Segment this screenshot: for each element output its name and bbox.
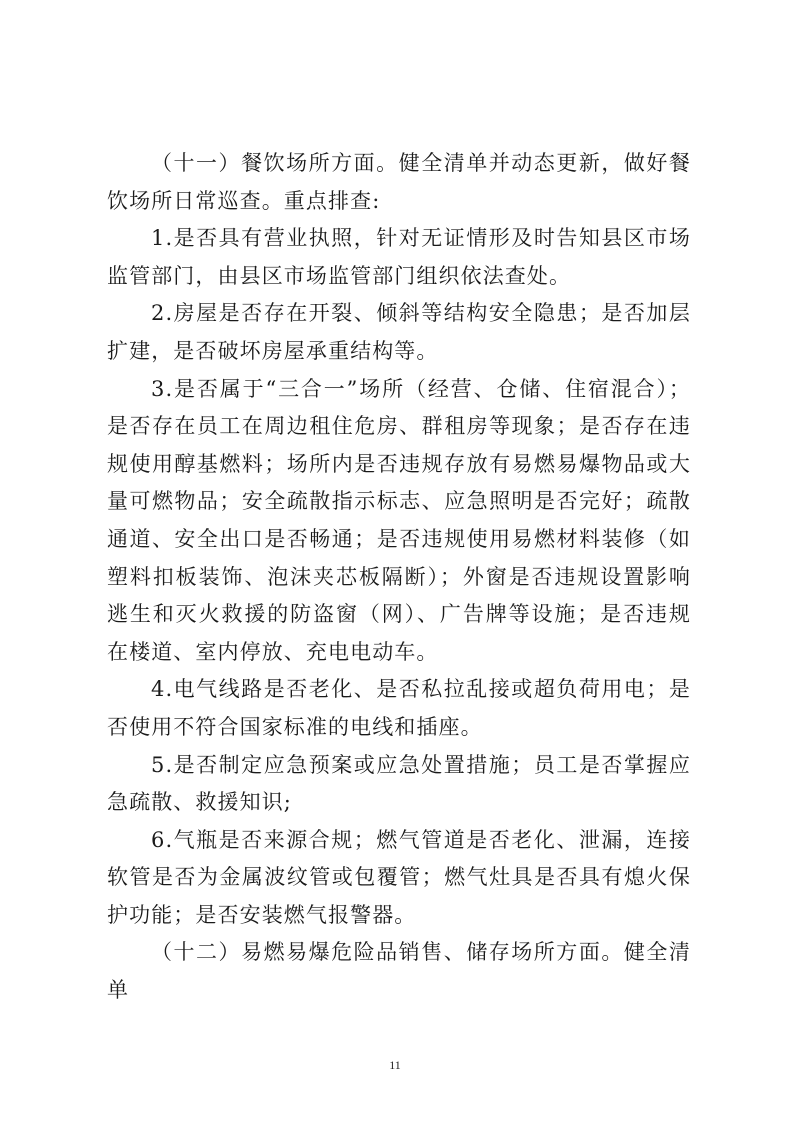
list-item-3: 3.是否属于“三合一”场所（经营、仓储、住宿混合）；是否存在员工在周边租住危房、… <box>107 371 691 672</box>
document-body: （十一）餐饮场所方面。健全清单并动态更新，做好餐饮场所日常巡查。重点排查: 1.… <box>107 145 691 1010</box>
list-item-6: 6.气瓶是否来源合规；燃气管道是否老化、泄漏，连接软管是否为金属波纹管或包覆管；… <box>107 822 691 935</box>
section-heading-11: （十一）餐饮场所方面。健全清单并动态更新，做好餐饮场所日常巡查。重点排查: <box>107 145 691 220</box>
section-heading-12: （十二）易燃易爆危险品销售、储存场所方面。健全清单 <box>107 934 691 1009</box>
list-item-2: 2.房屋是否存在开裂、倾斜等结构安全隐患；是否加层扩建，是否破坏房屋承重结构等。 <box>107 295 691 370</box>
list-item-1: 1.是否具有营业执照，针对无证情形及时告知县区市场监管部门，由县区市场监管部门组… <box>107 220 691 295</box>
list-item-5: 5.是否制定应急预案或应急处置措施；员工是否掌握应急疏散、救援知识; <box>107 747 691 822</box>
list-item-4: 4.电气线路是否老化、是否私拉乱接或超负荷用电；是否使用不符合国家标准的电线和插… <box>107 671 691 746</box>
page-number: 11 <box>0 1058 790 1073</box>
